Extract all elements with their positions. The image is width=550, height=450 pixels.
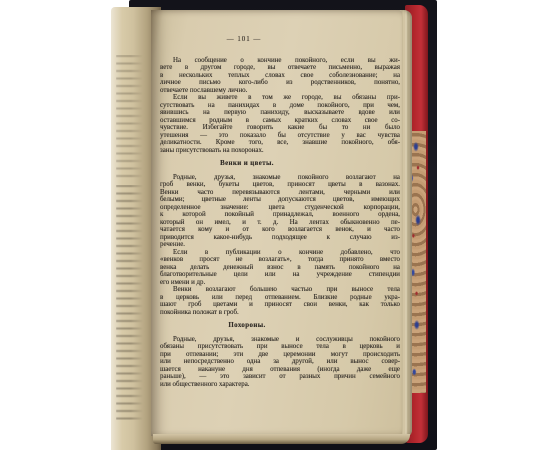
text-line: вете в другом городе, вы отвечаете письм…: [160, 64, 400, 72]
text-line: определенное значение: цвета студенческо…: [160, 204, 400, 212]
text-line: Венки возлагают большею частью при вынос…: [160, 286, 400, 294]
text-line: Венки часто перевязываются лентами, черн…: [160, 189, 400, 197]
text-line: Если вы живете в том же городе, вы обяза…: [160, 94, 400, 102]
text-line: заны присутствовать на похоронах.: [160, 147, 400, 155]
text-line: чатается кому и от кого возлагается вено…: [160, 226, 400, 234]
text-line: Если в публикации о кончине добавлено, ч…: [160, 249, 400, 257]
text-line: явившись на первую панихиду, высказывает…: [160, 109, 400, 117]
text-line: благотворительные цели или на учреждение…: [160, 271, 400, 279]
text-line: в церковь или перед отпеванием. Близкие …: [160, 294, 400, 302]
text-line: оставшимся родным в самых кратких словах…: [160, 117, 400, 125]
text-line: в нескольких теплых словах свое соболезн…: [160, 72, 400, 80]
text-line: речение.: [160, 241, 400, 249]
left-page-text-fragments: [116, 185, 143, 420]
page-number: — 101 —: [160, 36, 400, 44]
text-line: приводится какое-нибудь подходящее к слу…: [160, 234, 400, 242]
text-line: к которой покойный принадлежал, военного…: [160, 211, 400, 219]
text-line: раньше), — это зависит от разных причин …: [160, 373, 400, 381]
text-line: шают гроб цветами и приносят свои венки,…: [160, 301, 400, 309]
text-line: обязаны присутствовать при выносе тела в…: [160, 343, 400, 351]
text-line: «венков просят не возлагать», тогда прин…: [160, 256, 400, 264]
text-line: или непосредственно одна за другой, или …: [160, 358, 400, 366]
text-line: при отпевании; эти две церемонии могут п…: [160, 351, 400, 359]
text-column: — 101 —На сообщение о кончине покойного,…: [160, 36, 400, 388]
text-line: деликатности. Кроме того, все, знавшие п…: [160, 139, 400, 147]
paragraph: Венки возлагают большею частью при вынос…: [160, 286, 400, 316]
left-page-text-fragments: [116, 55, 143, 180]
photo-of-open-book: — 101 —На сообщение о кончине покойного,…: [0, 0, 550, 450]
text-line: гроб венки, букеты цветов, приносят цвет…: [160, 181, 400, 189]
paragraph: Родные, друзья, знакомые и сослуживцы по…: [160, 336, 400, 389]
section-heading: Венки и цветы.: [160, 160, 400, 168]
text-line: который он имел, и т. д. На лентах обыкн…: [160, 219, 400, 227]
text-line: чувствие. Избегайте говорить какие бы то…: [160, 124, 400, 132]
text-line: венка делать денежный взнос в память пок…: [160, 264, 400, 272]
section-heading: Похороны.: [160, 322, 400, 330]
paragraph: Если в публикации о кончине добавлено, ч…: [160, 249, 400, 287]
text-line: утешения — это показало бы отсутствие у …: [160, 132, 400, 140]
text-line: Родные, друзья, знакомые покойного возла…: [160, 174, 400, 182]
paragraph: Если вы живете в том же городе, вы обяза…: [160, 94, 400, 154]
text-line: Родные, друзья, знакомые и сослуживцы по…: [160, 336, 400, 344]
text-line: сутствовать на панихидах в доме покойног…: [160, 102, 400, 110]
text-line: отвечаете пославшему лично.: [160, 87, 400, 95]
text-line: шается накануне дня отпевания (иногда да…: [160, 366, 400, 374]
paragraph: На сообщение о кончине покойного, если в…: [160, 57, 400, 95]
text-line: или общественного характера.: [160, 381, 400, 389]
text-line: покойника положат в гроб.: [160, 309, 400, 317]
text-line: На сообщение о кончине покойного, если в…: [160, 57, 400, 65]
paragraph: Родные, друзья, знакомые покойного возла…: [160, 174, 400, 249]
text-line: белыми; цветные ленты допускаются цветов…: [160, 196, 400, 204]
text-line: личное письмо кого-либо из родственников…: [160, 79, 400, 87]
text-line: его имени и др.: [160, 279, 400, 287]
